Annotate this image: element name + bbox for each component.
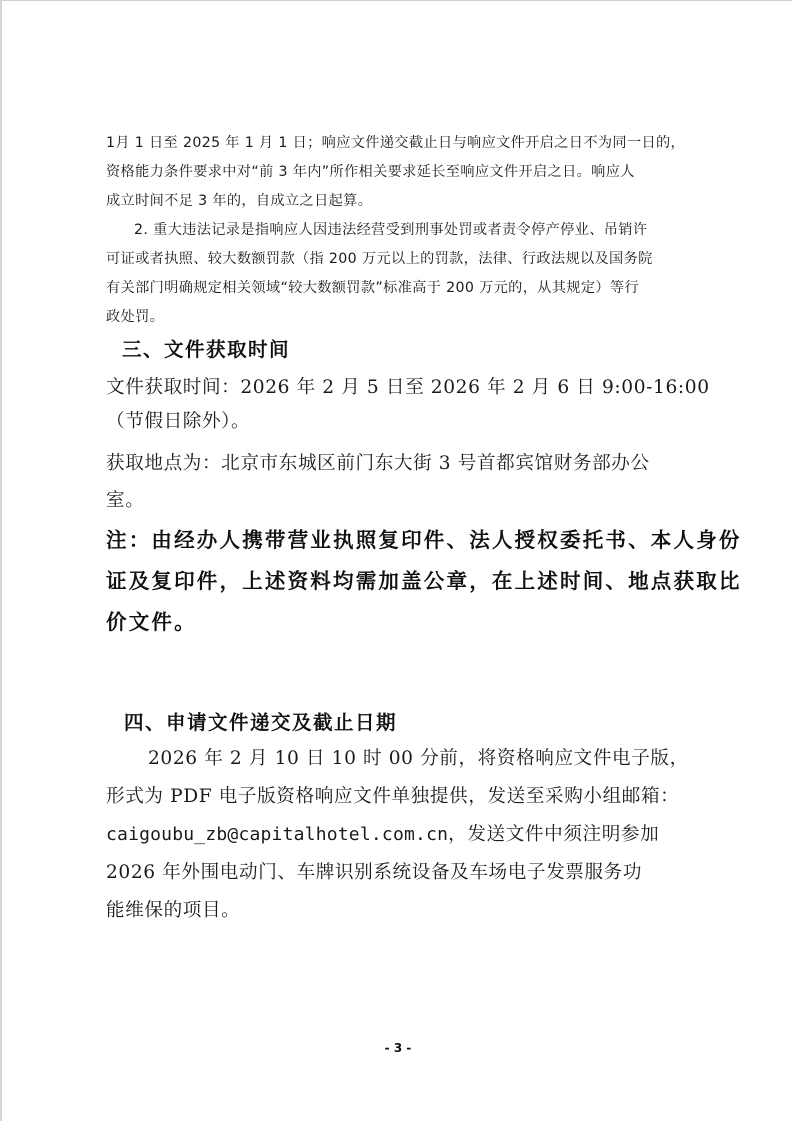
- section-heading: 三、文件获取时间: [122, 334, 290, 362]
- acquisition-location-text: 室。: [106, 486, 144, 512]
- acquisition-time-text: 文件获取时间：2026 年 2 月 5 日至 2026 年 2 月 6 日 9:…: [106, 373, 710, 399]
- note-text: 价文件。: [106, 605, 197, 635]
- body-text-line: 成立时间不足 3 年的，自成立之日起算。: [106, 190, 372, 210]
- body-text-line: 可证或者执照、较大数额罚款（指 200 万元以上的罚款，法律、行政法规以及国务院: [106, 248, 653, 268]
- body-text-line: 1月 1 日至 2025 年 1 月 1 日；响应文件递交截止日与响应文件开启之…: [106, 132, 685, 152]
- body-text-line: 能维保的项目。: [106, 896, 240, 922]
- note-text: 注：由经办人携带营业执照复印件、法人授权委托书、本人身份: [106, 523, 742, 553]
- email-address: caigoubu_zb@capitalhotel.com.cn: [106, 824, 448, 845]
- body-text-line: 有关部门明确规定相关领域“较大数额罚款”标准高于 200 万元的，从其规定）等行: [106, 277, 639, 297]
- body-text-line: 2. 重大违法记录是指响应人因违法经营受到刑事处罚或者责令停产停业、吊销许: [134, 219, 647, 239]
- page-number: - 3 -: [2, 1041, 793, 1055]
- body-text-line: 2026 年 2 月 10 日 10 时 00 分前，将资格响应文件电子版，: [148, 744, 689, 770]
- note-text: 证及复印件，上述资料均需加盖公章，在上述时间、地点获取比: [106, 564, 742, 594]
- document-page: 1月 1 日至 2025 年 1 月 1 日；响应文件递交截止日与响应文件开启之…: [0, 0, 792, 1121]
- email-line-suffix: ，发送文件中须注明参加: [448, 824, 659, 845]
- section-heading: 四、申请文件递交及截止日期: [124, 707, 397, 735]
- body-text-line: 2026 年外围电动门、车牌识别系统设备及车场电子发票服务功: [106, 858, 642, 884]
- body-text-line: 政处罚。: [106, 306, 164, 326]
- email-line: caigoubu_zb@capitalhotel.com.cn，发送文件中须注明…: [106, 820, 659, 846]
- acquisition-time-text: （节假日除外）。: [106, 407, 250, 433]
- body-text-line: 资格能力条件要求中对“前 3 年内”所作相关要求延长至响应文件开启之日。响应人: [106, 161, 635, 181]
- acquisition-location-text: 获取地点为：北京市东城区前门东大街 3 号首都宾馆财务部办公: [106, 449, 650, 475]
- body-text-line: 形式为 PDF 电子版资格响应文件单独提供，发送至采购小组邮箱：: [106, 782, 679, 808]
